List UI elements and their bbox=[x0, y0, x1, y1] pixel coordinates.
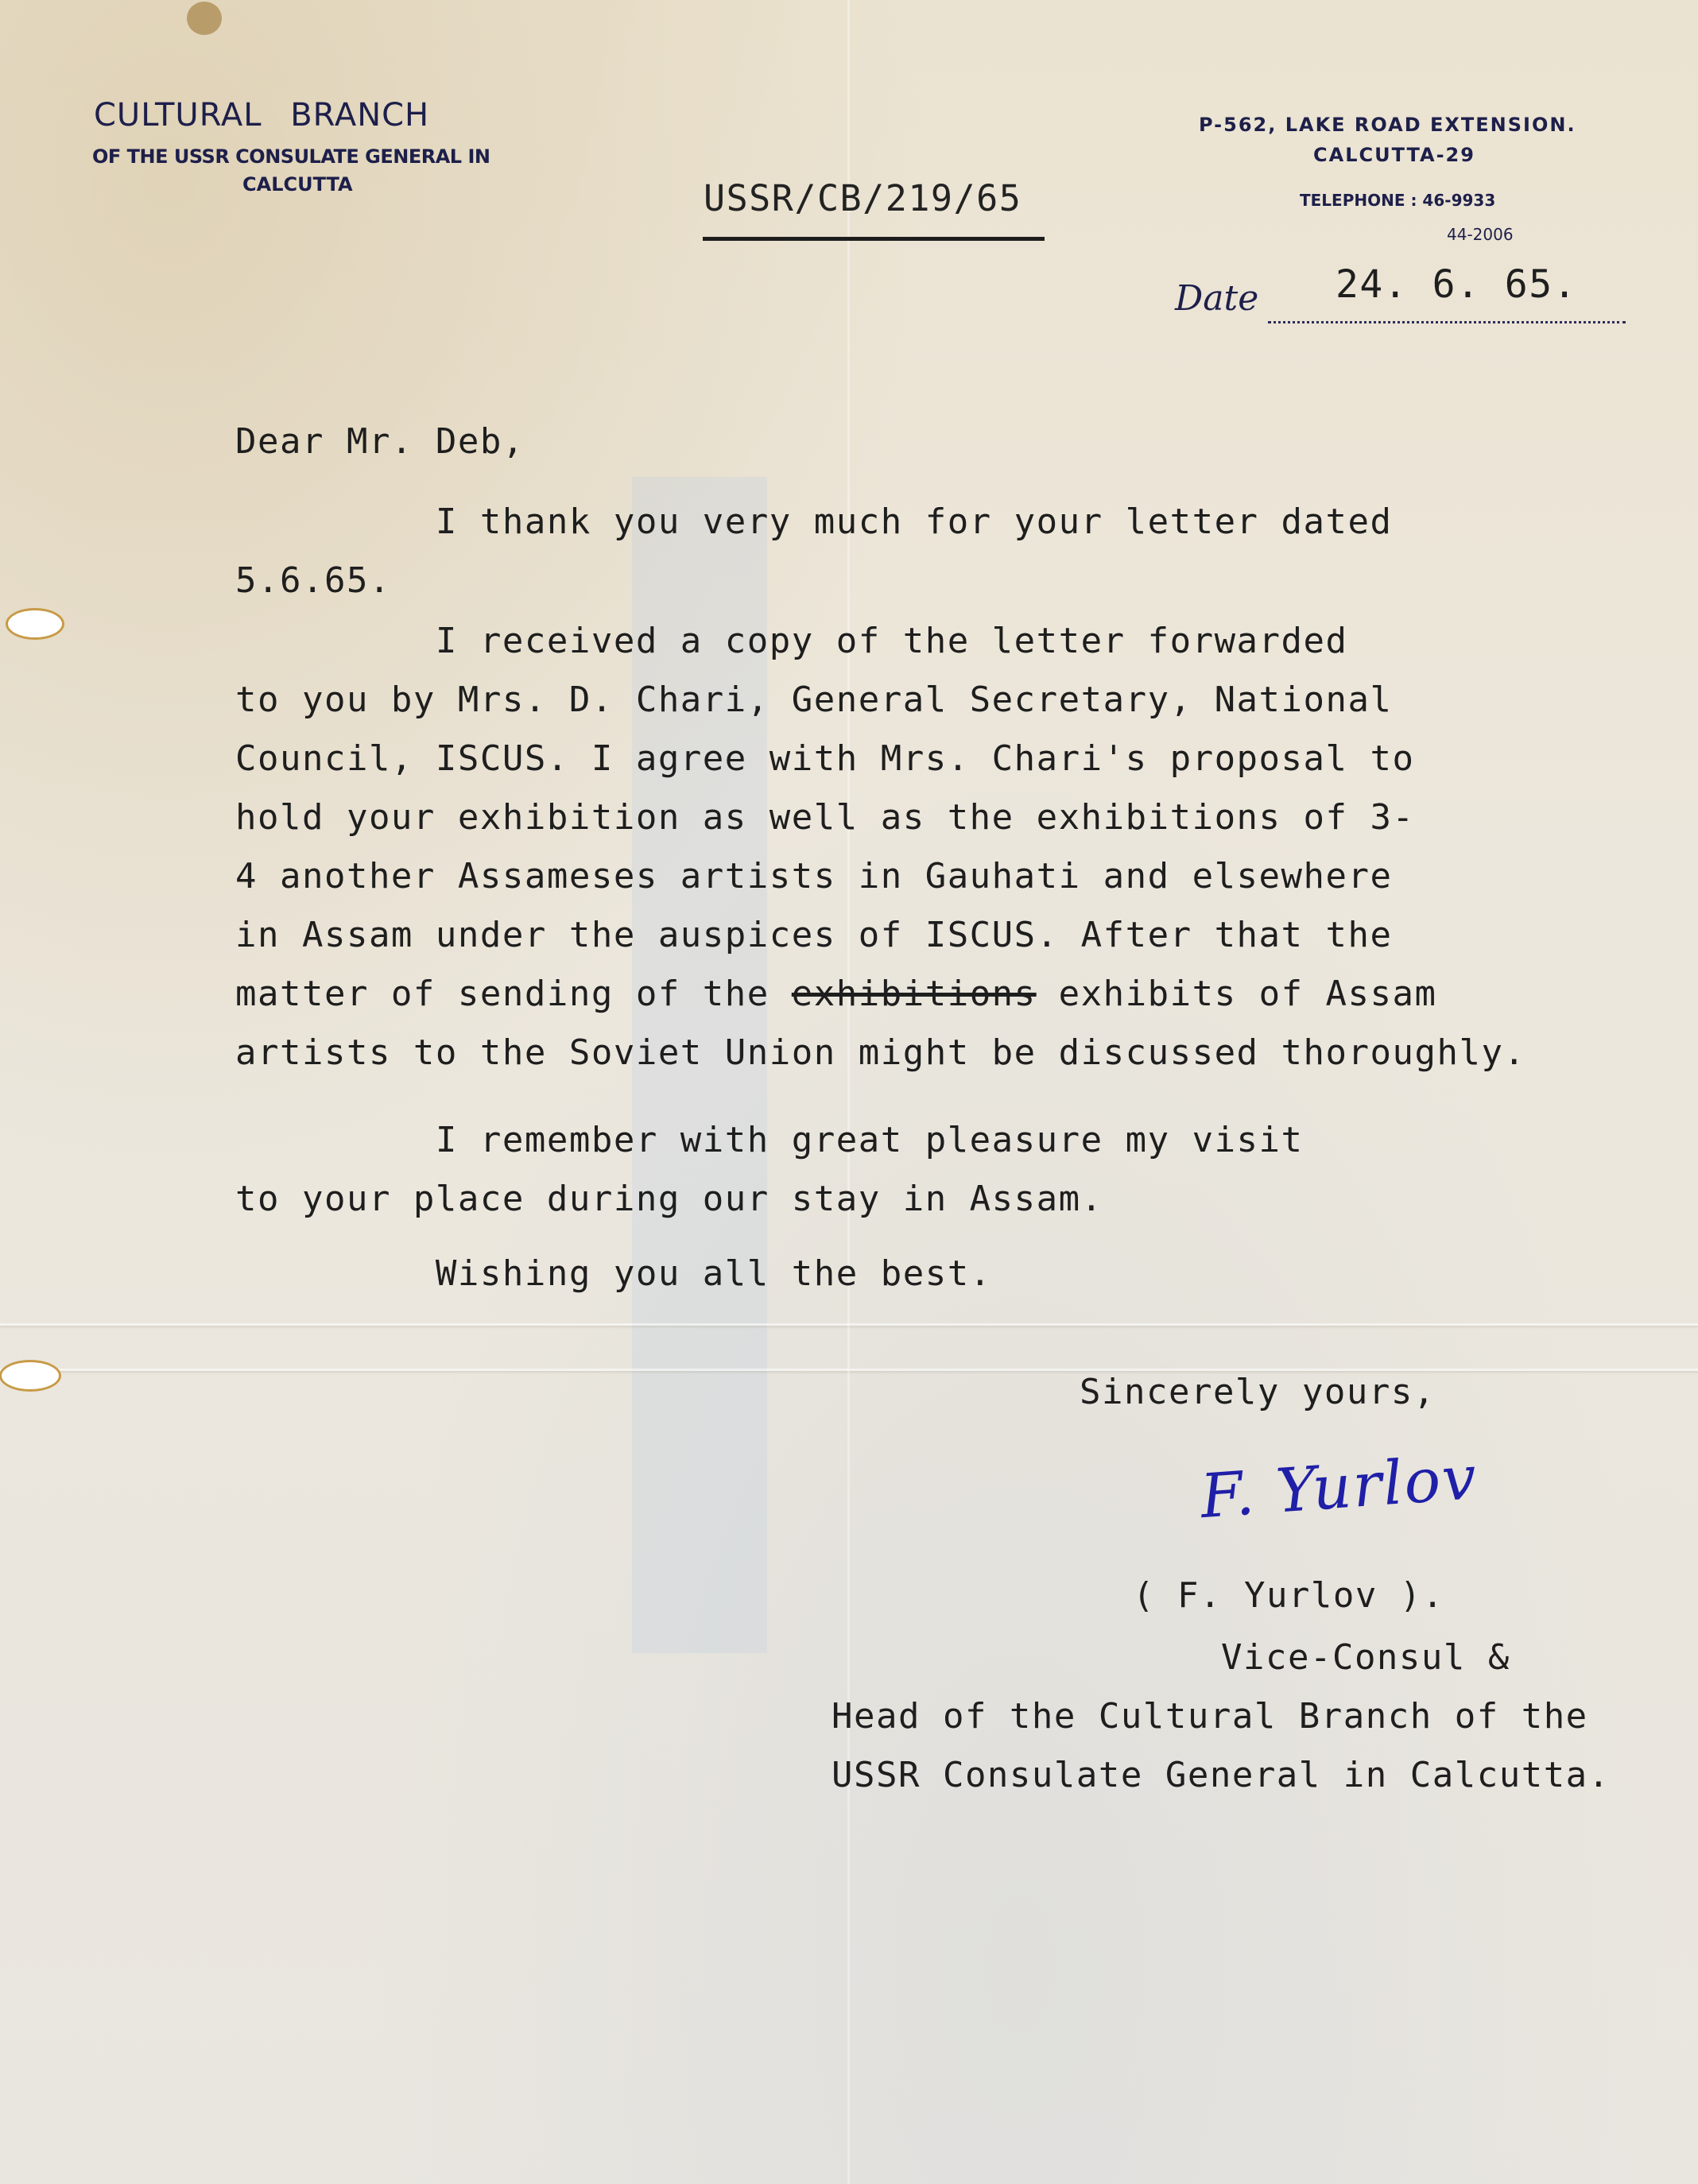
struck-out-word: exhibitions bbox=[792, 974, 1037, 1014]
punch-hole bbox=[8, 610, 62, 637]
body-line: 5.6.65. bbox=[235, 552, 1393, 610]
address-line-1: P-562, LAKE ROAD EXTENSION. bbox=[1199, 114, 1576, 136]
text-segment: matter of sending of the bbox=[235, 974, 792, 1014]
paragraph-4: Wishing you all the best. bbox=[235, 1245, 992, 1303]
title-line-3: USSR Consulate General in Calcutta. bbox=[832, 1755, 1611, 1795]
reference-underline bbox=[703, 237, 1045, 241]
date-dotted-line bbox=[1268, 321, 1626, 323]
stain bbox=[187, 2, 222, 35]
org-title: CULTURAL BRANCH bbox=[94, 97, 429, 134]
body-line: Wishing you all the best. bbox=[235, 1245, 992, 1303]
punch-hole bbox=[2, 1362, 59, 1389]
body-line: to you by Mrs. D. Chari, General Secreta… bbox=[235, 671, 1525, 730]
org-city: CALCUTTA bbox=[242, 173, 353, 196]
fold-crease bbox=[847, 0, 850, 2184]
text-segment: exhibits of Assam bbox=[1037, 974, 1437, 1014]
paragraph-1: I thank you very much for your letter da… bbox=[235, 493, 1393, 610]
body-line: 4 another Assameses artists in Gauhati a… bbox=[235, 847, 1525, 906]
body-line: I received a copy of the letter forwarde… bbox=[235, 612, 1525, 671]
body-line: I thank you very much for your letter da… bbox=[235, 493, 1393, 552]
body-line: I remember with great pleasure my visit bbox=[235, 1111, 1304, 1170]
body-line: in Assam under the auspices of ISCUS. Af… bbox=[235, 906, 1525, 965]
valediction: Sincerely yours, bbox=[1080, 1372, 1436, 1412]
paragraph-2: I received a copy of the letter forwarde… bbox=[235, 612, 1525, 1082]
title-line-1: Vice-Consul & bbox=[1221, 1637, 1510, 1678]
title-line-2: Head of the Cultural Branch of the bbox=[832, 1696, 1588, 1737]
handwritten-signature: F. Yurlov bbox=[1198, 1442, 1479, 1532]
body-line: to your place during our stay in Assam. bbox=[235, 1170, 1304, 1229]
reference-number: USSR/CB/219/65 bbox=[704, 177, 1022, 219]
date-value: 24. 6. 65. bbox=[1336, 262, 1577, 307]
typed-name: ( F. Yurlov ). bbox=[1133, 1575, 1444, 1616]
body-line: hold your exhibition as well as the exhi… bbox=[235, 788, 1525, 847]
date-label: Date bbox=[1175, 278, 1258, 319]
body-line: Council, ISCUS. I agree with Mrs. Chari'… bbox=[235, 730, 1525, 788]
paragraph-3: I remember with great pleasure my visitt… bbox=[235, 1111, 1304, 1229]
address-line-2: CALCUTTA-29 bbox=[1313, 144, 1475, 166]
body-line: matter of sending of the exhibitions exh… bbox=[235, 965, 1525, 1024]
telephone: TELEPHONE : 46-9933 bbox=[1300, 191, 1495, 210]
body-line: artists to the Soviet Union might be dis… bbox=[235, 1024, 1525, 1082]
telephone-alt: 44-2006 bbox=[1447, 225, 1514, 244]
org-subtitle: OF THE USSR CONSULATE GENERAL IN bbox=[92, 145, 490, 168]
salutation: Dear Mr. Deb, bbox=[235, 421, 525, 462]
